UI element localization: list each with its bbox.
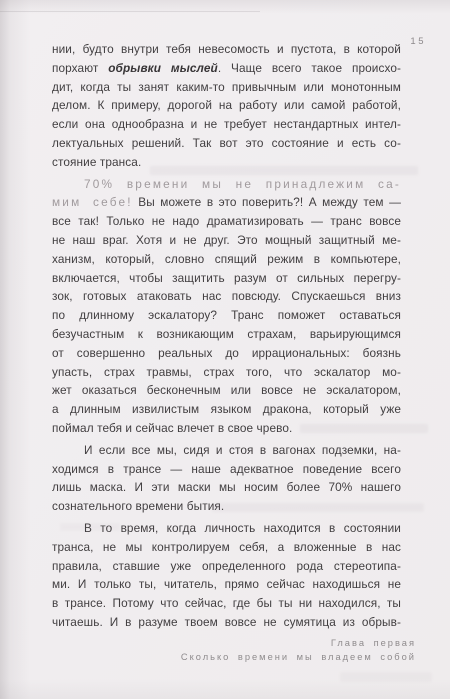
body-text: упасть, страх травмы, страх того, что эс… — [52, 365, 401, 379]
text-line: транса, не мы контролируем себя, а вложе… — [52, 538, 401, 557]
text-line: порхают обрывки мыслей. Чаще всего такое… — [52, 59, 401, 78]
body-text: правила, ставшие уже определенного рода … — [52, 559, 401, 573]
body-text: транса, не мы контролируем себя, а вложе… — [52, 540, 401, 554]
body-text: сознательного времени бытия. — [52, 499, 224, 513]
scan-bleed-artifact — [60, 523, 120, 531]
footer-chapter-title: Сколько времени мы владеем собой — [181, 651, 416, 665]
body-text: не наш враг. Хотя и не друг. Это мощный … — [52, 233, 401, 247]
text-line: а длинным извилистым языком дракона, кот… — [52, 400, 401, 419]
text-line: от совершенно реальных до иррациональных… — [52, 344, 401, 363]
text-line: если она однообразна и не требует нестан… — [52, 115, 401, 134]
body-text: стояние транса. — [52, 155, 141, 169]
text-line: 70% времени мы не принадлежим са- — [52, 175, 401, 194]
text-line: ми. И только ты, читатель, прямо сейчас … — [52, 575, 401, 594]
emphasized-text: мим себе! — [52, 195, 133, 209]
body-text: в трансе. Потому что сейчас, где бы ты н… — [52, 596, 401, 610]
body-text: если она однообразна и не требует нестан… — [52, 117, 401, 131]
body-text: И если все мы, сидя и стоя в вагонах под… — [84, 443, 401, 457]
page-footer: Глава первая Сколько времени мы владеем … — [181, 637, 416, 664]
body-text: дит, когда ты занят каким-то привычным и… — [52, 80, 401, 94]
text-line: мим себе! Вы можете в это поверить?! А м… — [52, 193, 401, 212]
text-line: ходимся в трансе — наше адекватное повед… — [52, 460, 401, 479]
body-text: ханизм, который, словно спящий режим в к… — [52, 252, 401, 266]
body-text: нии, будто внутри тебя невесомость и пус… — [52, 42, 401, 56]
text-line: лектуальных решений. Так вот это состоян… — [52, 134, 401, 153]
text-line: упасть, страх травмы, страх того, что эс… — [52, 363, 401, 382]
text-line: все так! Только не надо драматизировать … — [52, 212, 401, 231]
paragraph: 70% времени мы не принадлежим са-мим себ… — [52, 175, 401, 438]
text-line: правила, ставшие уже определенного рода … — [52, 557, 401, 576]
body-text: лектуальных решений. Так вот это состоян… — [52, 136, 401, 150]
book-page-photo: 15 нии, будто внутри тебя невесомость и … — [0, 0, 450, 699]
body-text: по длинному эскалатору? Транс поможет ос… — [52, 308, 401, 322]
text-line: не наш враг. Хотя и не друг. Это мощный … — [52, 231, 401, 250]
scan-bleed-artifact — [212, 503, 424, 512]
body-text: В то время, когда личность находится в с… — [84, 521, 401, 535]
body-text: безучастным к возникающим страхам, варьи… — [52, 327, 401, 341]
text-line: дит, когда ты занят каким-то привычным и… — [52, 78, 401, 97]
emphasized-text: 70% времени мы не принадлежим са- — [84, 177, 401, 191]
body-text: делом. К примеру, дорогой на работу или … — [52, 98, 401, 112]
text-line: зок, готовых атаковать нас повсюду. Спус… — [52, 287, 401, 306]
text-line: включается, чтобы защитить разум от силь… — [52, 269, 401, 288]
scan-edge-artifact — [0, 11, 260, 12]
body-text: Вы можете в это поверить?! А между тем — — [133, 195, 401, 209]
scan-bleed-artifact — [340, 672, 432, 682]
scan-bleed-artifact — [300, 424, 428, 433]
body-text: все так! Только не надо драматизировать … — [52, 214, 401, 228]
scan-bleed-artifact — [150, 166, 418, 175]
paragraph: В то время, когда личность находится в с… — [52, 519, 401, 632]
text-line: жет оказаться бесконечным или вовсе не э… — [52, 381, 401, 400]
body-text: ми. И только ты, читатель, прямо сейчас … — [52, 577, 401, 591]
body-text: включается, чтобы защитить разум от силь… — [52, 271, 401, 285]
paragraph: нии, будто внутри тебя невесомость и пус… — [52, 40, 401, 172]
body-text: . Чаще всего такое происхо- — [218, 61, 401, 75]
footer-chapter-label: Глава первая — [181, 637, 416, 651]
text-line: ханизм, который, словно спящий режим в к… — [52, 250, 401, 269]
body-text: от совершенно реальных до иррациональных… — [52, 346, 401, 360]
text-line: безучастным к возникающим страхам, варьи… — [52, 325, 401, 344]
text-line: в трансе. Потому что сейчас, где бы ты н… — [52, 594, 401, 613]
body-text: жет оказаться бесконечным или вовсе не э… — [52, 383, 401, 397]
body-text: зок, готовых атаковать нас повсюду. Спус… — [52, 289, 401, 303]
body-text: ходимся в трансе — наше адекватное повед… — [52, 462, 401, 476]
body-text: читаешь. И в разуме твоем вовсе не сумят… — [52, 615, 401, 629]
body-text: поймал тебя и сейчас влечет в свое чрево… — [52, 421, 292, 435]
page-number: 15 — [410, 36, 426, 47]
body-text: лишь маска. И эти маски мы носим более 7… — [52, 480, 401, 494]
text-line: по длинному эскалатору? Транс поможет ос… — [52, 306, 401, 325]
text-line: нии, будто внутри тебя невесомость и пус… — [52, 40, 401, 59]
emphasized-text: обрывки мыслей — [108, 61, 218, 75]
body-text: а длинным извилистым языком дракона, кот… — [52, 402, 401, 416]
text-line: И если все мы, сидя и стоя в вагонах под… — [52, 441, 401, 460]
body-text: порхают — [52, 61, 108, 75]
text-line: делом. К примеру, дорогой на работу или … — [52, 96, 401, 115]
text-block: нии, будто внутри тебя невесомость и пус… — [52, 40, 401, 632]
text-line: читаешь. И в разуме твоем вовсе не сумят… — [52, 613, 401, 632]
book-page: 15 нии, будто внутри тебя невесомость и … — [0, 0, 450, 699]
text-line: лишь маска. И эти маски мы носим более 7… — [52, 478, 401, 497]
